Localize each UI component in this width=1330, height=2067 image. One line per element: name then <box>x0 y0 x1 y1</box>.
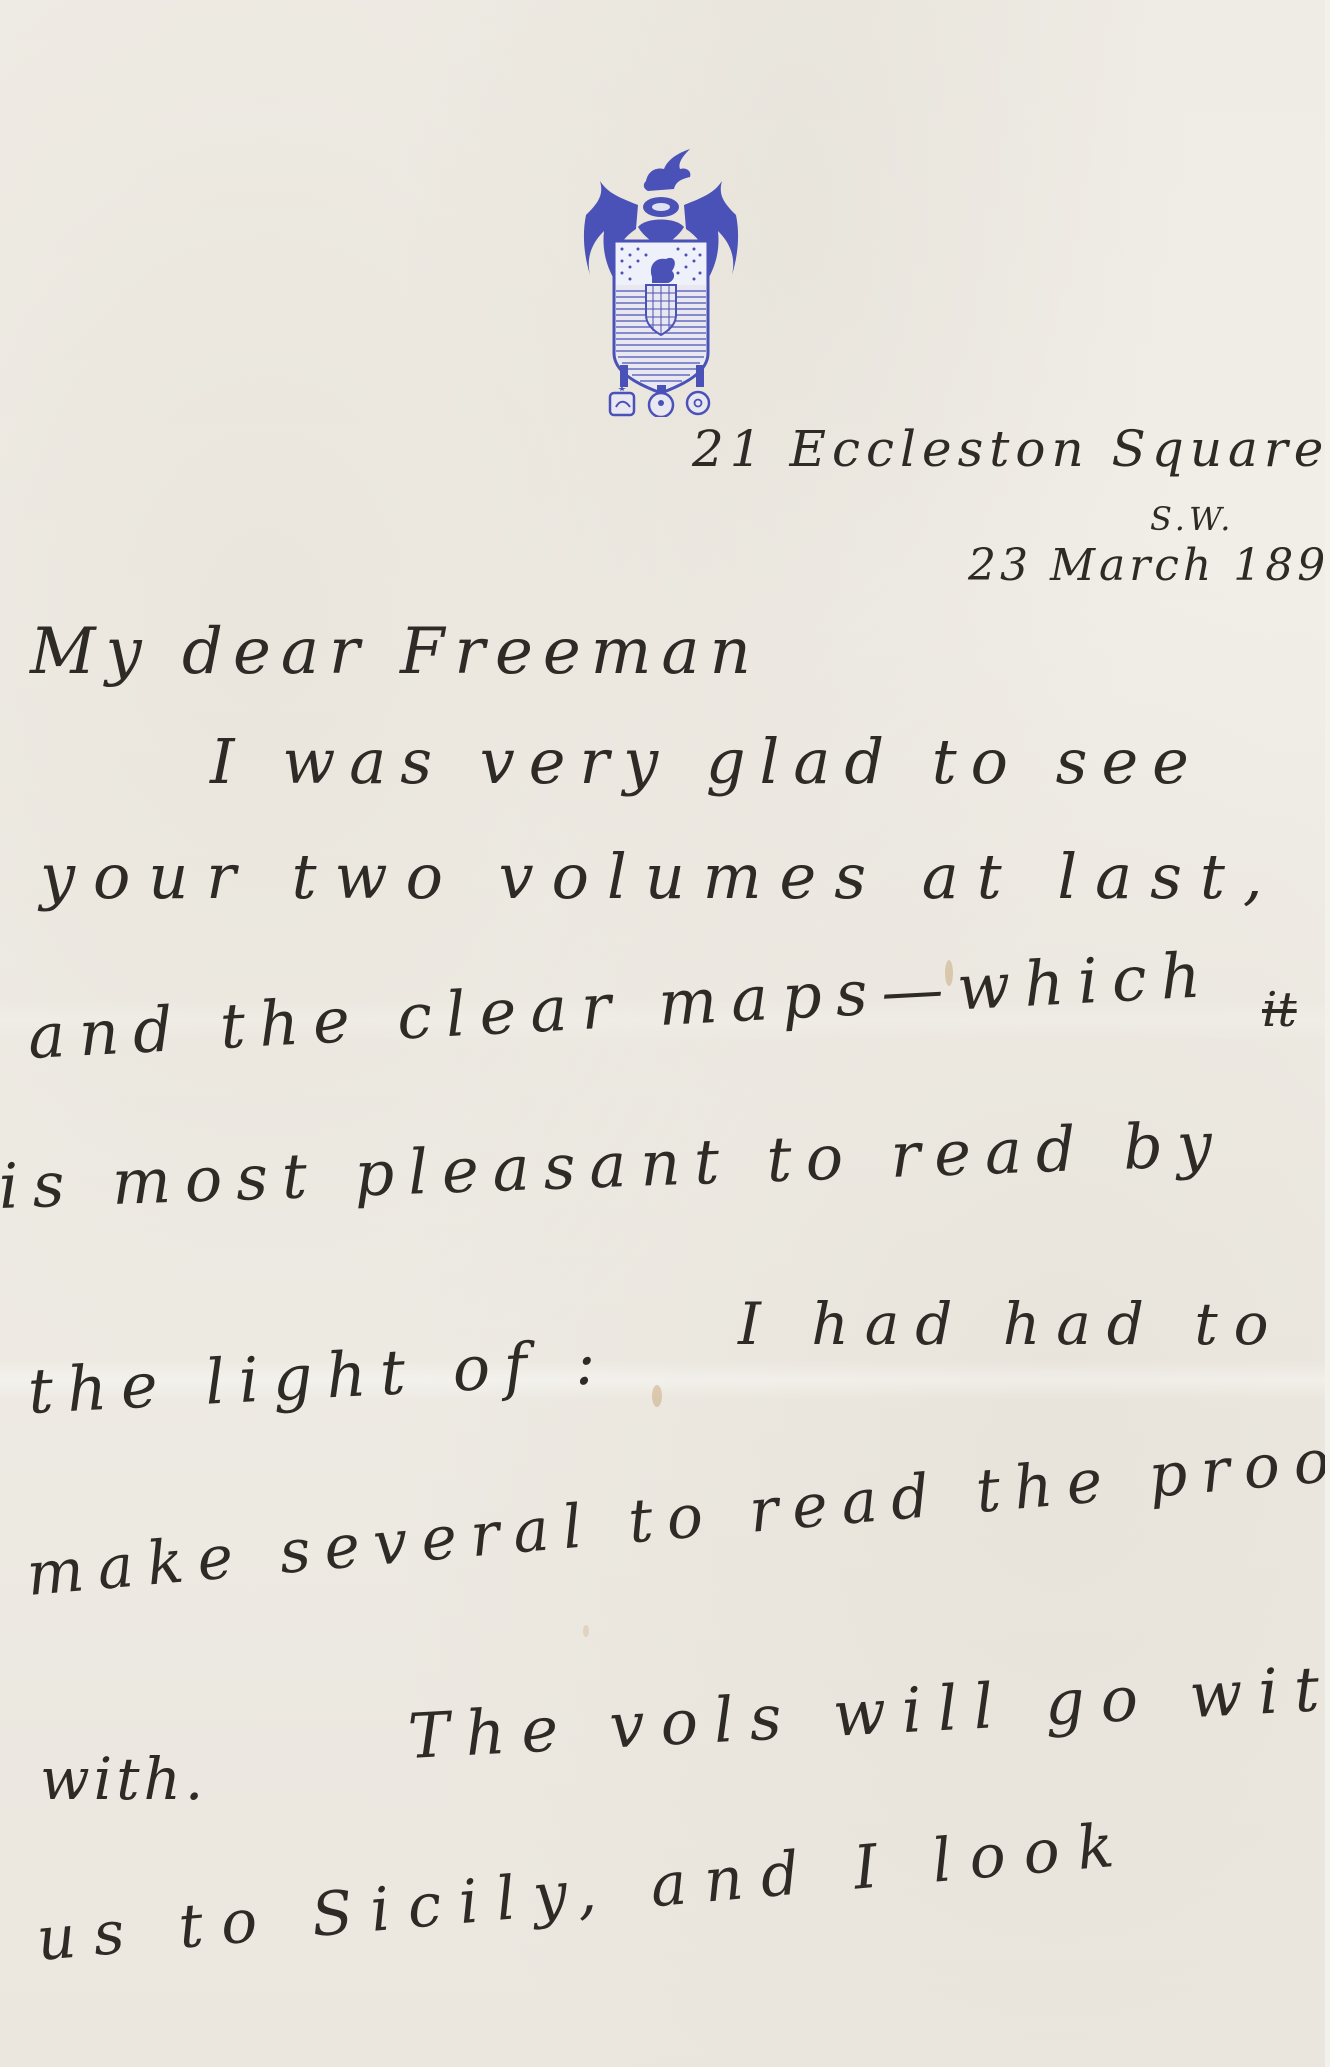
body-line: I had had to <box>738 1290 1285 1358</box>
body-line: with. <box>40 1745 207 1813</box>
body-line: the light of : <box>26 1325 611 1428</box>
body-line: The vols will go with <box>406 1649 1325 1773</box>
letter-date: 23 March 1891 <box>968 540 1325 591</box>
letter-page: ​ <box>0 0 1325 2067</box>
body-line: make several to read the proofs <box>24 1418 1325 1610</box>
body-line: us to Sicily, and I look <box>34 1810 1135 1975</box>
salutation: My dear Freeman <box>30 615 761 689</box>
address-line-2: S.W. <box>1150 500 1234 538</box>
body-line: is most pleasant to read by <box>0 1107 1227 1223</box>
body-line: and the clear maps—which <box>26 938 1216 1073</box>
crest-icon <box>578 145 744 417</box>
body-line: your two volumes at last, <box>40 840 1281 913</box>
address-line-1: 21 Eccleston Square <box>692 420 1325 478</box>
bleed-through-writing: ​ <box>340 8 880 48</box>
paper-stain <box>652 1385 662 1407</box>
paper-stain <box>583 1625 589 1637</box>
struck-word: it <box>1262 982 1297 1038</box>
body-line: I was very glad to see <box>210 725 1203 798</box>
